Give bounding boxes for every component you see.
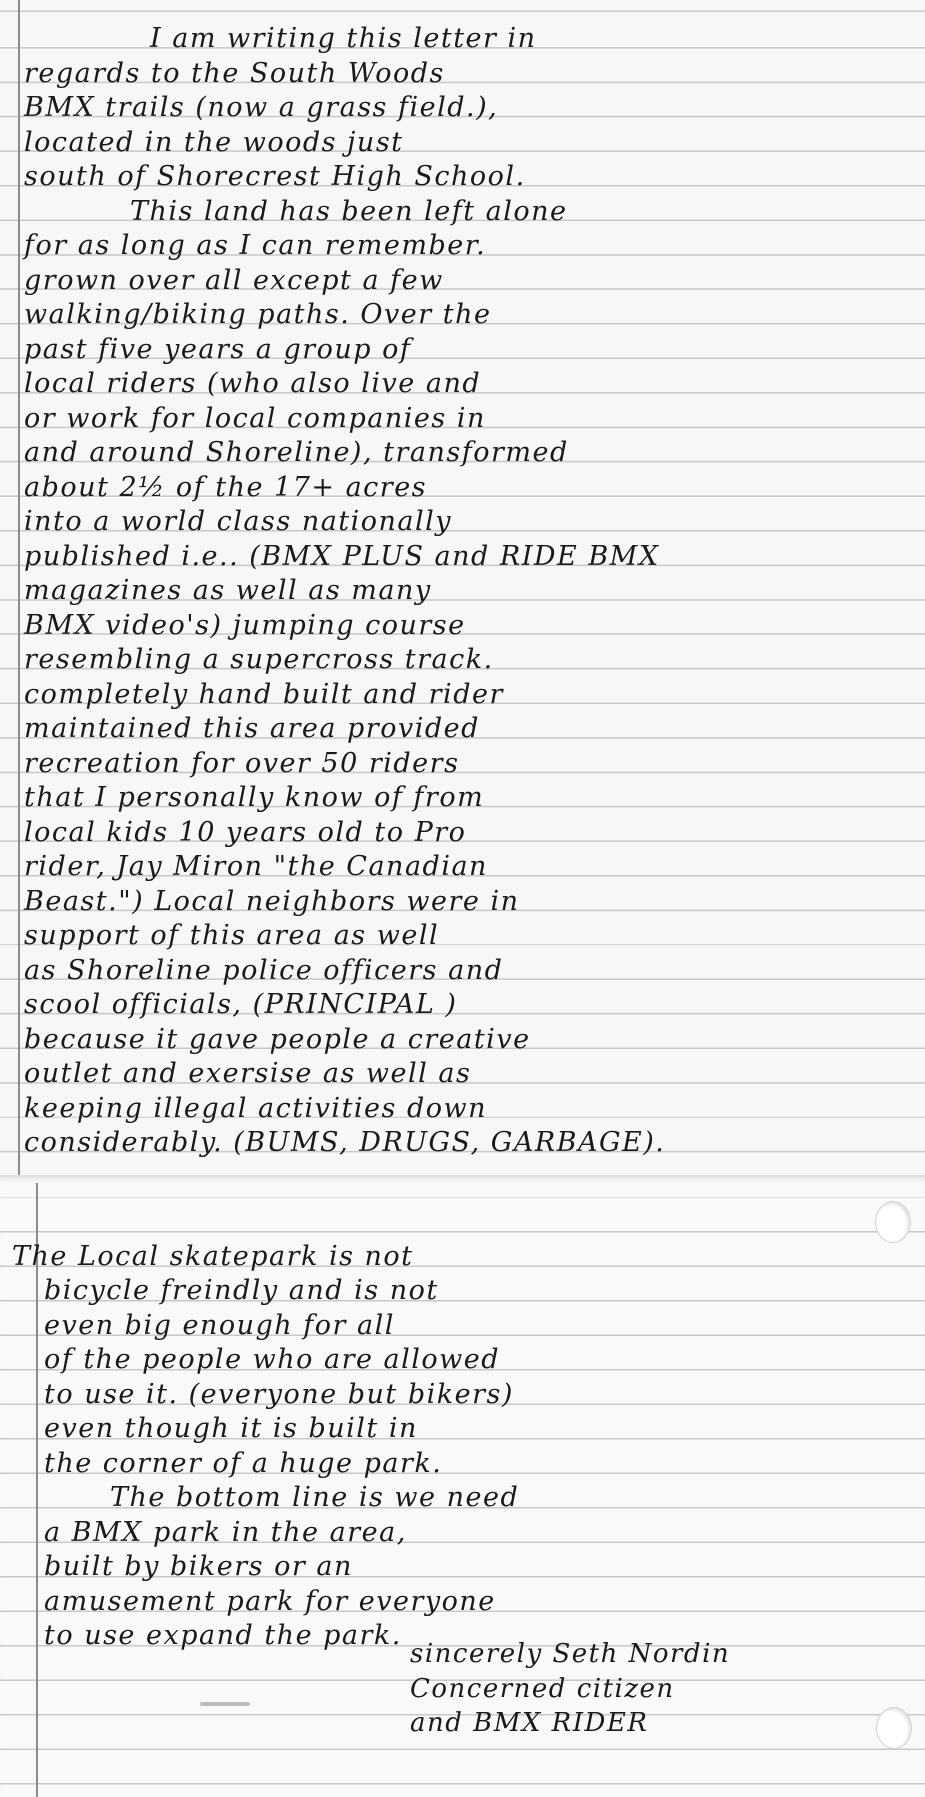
letter-line: maintained this area provided <box>0 712 925 747</box>
letter-line: because it gave people a creative <box>0 1023 925 1058</box>
letter-line: considerably. (BUMS, DRUGS, GARBAGE). <box>0 1126 925 1161</box>
letter-line: a BMX park in the area, <box>0 1516 925 1551</box>
letter-line: the corner of a huge park. <box>0 1447 925 1482</box>
blank-line <box>0 1205 925 1240</box>
letter-line: or work for local companies in <box>0 402 925 437</box>
letter-line: past five years a group of <box>0 333 925 368</box>
letter-line: south of Shorecrest High School. <box>0 160 925 195</box>
letter-line: rider, Jay Miron "the Canadian <box>0 850 925 885</box>
letter-line: The bottom line is we need <box>0 1481 925 1516</box>
letter-line: to use it. (everyone but bikers) <box>0 1378 925 1413</box>
letter-line: local kids 10 years old to Pro <box>0 816 925 851</box>
letter-line: bicycle freindly and is not <box>0 1274 925 1309</box>
letter-line: as Shoreline police officers and <box>0 954 925 989</box>
closing: sincerely <box>410 1639 543 1669</box>
letter-line: keeping illegal activities down <box>0 1092 925 1127</box>
punch-hole <box>876 1707 912 1749</box>
letter-line: BMX video's) jumping course <box>0 609 925 644</box>
letter-line: magazines as well as many <box>0 574 925 609</box>
letter-line: regards to the South Woods <box>0 57 925 92</box>
letter-line: even big enough for all <box>0 1309 925 1344</box>
letter-line: recreation for over 50 riders <box>0 747 925 782</box>
letter-line: I am writing this letter in <box>0 22 925 57</box>
letter-line: BMX trails (now a grass field.), <box>0 91 925 126</box>
letter-body-page-two: The Local skatepark is not bicycle frein… <box>0 1205 925 1654</box>
letter-page-two: The Local skatepark is not bicycle frein… <box>0 1175 925 1797</box>
letter-line: resembling a supercross track. <box>0 643 925 678</box>
letter-line: for as long as I can remember. <box>0 229 925 264</box>
signature-subtitle: and BMX RIDER <box>410 1706 730 1741</box>
letter-line: walking/biking paths. Over the <box>0 298 925 333</box>
letter-page-one: I am writing this letter in regards to t… <box>0 0 925 1175</box>
letter-line: located in the woods just <box>0 126 925 161</box>
signature-name: Seth Nordin <box>552 1639 730 1669</box>
letter-line: The Local skatepark is not <box>0 1240 925 1275</box>
letter-line: that I personally know of from <box>0 781 925 816</box>
letter-line: This land has been left alone <box>0 195 925 230</box>
letter-line: published i.e.. (BMX PLUS and RIDE BMX <box>0 540 925 575</box>
signature-block: sincerely Seth Nordin Concerned citizen … <box>410 1637 730 1741</box>
letter-line: support of this area as well <box>0 919 925 954</box>
letter-line: grown over all except a few <box>0 264 925 299</box>
letter-line: outlet and exersise as well as <box>0 1057 925 1092</box>
letter-line: even though it is built in <box>0 1412 925 1447</box>
letter-line: scool officials, (PRINCIPAL ) <box>0 988 925 1023</box>
letter-line: completely hand built and rider <box>0 678 925 713</box>
letter-line: of the people who are allowed <box>0 1343 925 1378</box>
letter-body-page-one: I am writing this letter in regards to t… <box>0 22 925 1161</box>
signature-closing-line: sincerely Seth Nordin <box>410 1637 730 1672</box>
letter-line: built by bikers or an <box>0 1550 925 1585</box>
pencil-mark <box>200 1702 250 1706</box>
letter-line: Beast.") Local neighbors were in <box>0 885 925 920</box>
letter-line: and around Shoreline), transformed <box>0 436 925 471</box>
letter-line: into a world class nationally <box>0 505 925 540</box>
signature-title: Concerned citizen <box>410 1672 730 1707</box>
letter-line: about 2½ of the 17+ acres <box>0 471 925 506</box>
letter-line: amusement park for everyone <box>0 1585 925 1620</box>
letter-line: local riders (who also live and <box>0 367 925 402</box>
